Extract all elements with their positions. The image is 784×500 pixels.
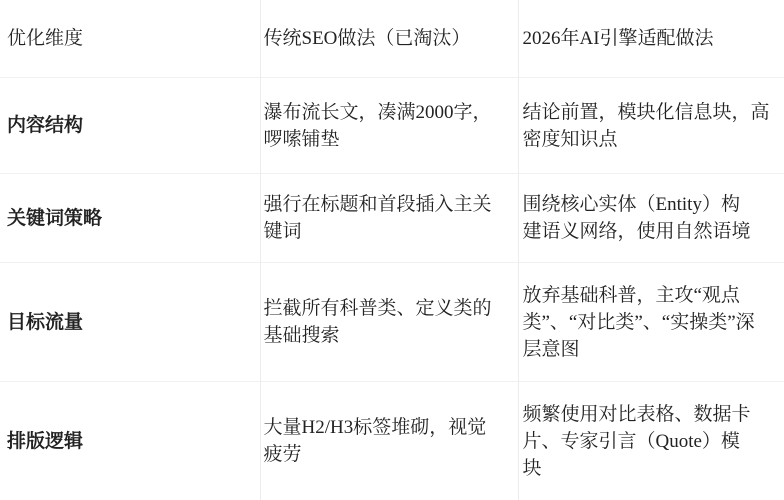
seo-comparison-table: 优化维度 传统SEO做法（已淘汰） 2026年AI引擎适配做法 内容结构 瀑布流… [0, 0, 784, 500]
header-cell-dimension: 优化维度 [0, 0, 260, 78]
header-cell-traditional-seo: 传统SEO做法（已淘汰） [260, 0, 518, 78]
cell-content-structure-traditional: 瀑布流长文，凑满2000字， 啰嗦铺垫 [260, 78, 518, 174]
table-row-keyword-strategy: 关键词策略 强行在标题和首段插入主关 键词 围绕核心实体（Entity）构 建语… [0, 174, 784, 263]
row-label-layout-logic: 排版逻辑 [0, 382, 260, 500]
comparison-table-page: 优化维度 传统SEO做法（已淘汰） 2026年AI引擎适配做法 内容结构 瀑布流… [0, 0, 784, 500]
header-cell-ai-2026: 2026年AI引擎适配做法 [518, 0, 784, 78]
row-label-target-traffic: 目标流量 [0, 263, 260, 382]
cell-layout-logic-traditional: 大量H2/H3标签堆砌，视觉 疲劳 [260, 382, 518, 500]
cell-target-traffic-traditional: 拦截所有科普类、定义类的 基础搜索 [260, 263, 518, 382]
cell-keyword-strategy-ai: 围绕核心实体（Entity）构 建语义网络，使用自然语境 [518, 174, 784, 263]
table-row-layout-logic: 排版逻辑 大量H2/H3标签堆砌，视觉 疲劳 频繁使用对比表格、数据卡 片、专家… [0, 382, 784, 500]
table-row-target-traffic: 目标流量 拦截所有科普类、定义类的 基础搜索 放弃基础科普，主攻“观点 类”、“… [0, 263, 784, 382]
row-label-keyword-strategy: 关键词策略 [0, 174, 260, 263]
cell-content-structure-ai: 结论前置，模块化信息块，高 密度知识点 [518, 78, 784, 174]
table-header-row: 优化维度 传统SEO做法（已淘汰） 2026年AI引擎适配做法 [0, 0, 784, 78]
table-row-content-structure: 内容结构 瀑布流长文，凑满2000字， 啰嗦铺垫 结论前置，模块化信息块，高 密… [0, 78, 784, 174]
cell-layout-logic-ai: 频繁使用对比表格、数据卡 片、专家引言（Quote）模 块 [518, 382, 784, 500]
cell-target-traffic-ai: 放弃基础科普，主攻“观点 类”、“对比类”、“实操类”深 层意图 [518, 263, 784, 382]
row-label-content-structure: 内容结构 [0, 78, 260, 174]
cell-keyword-strategy-traditional: 强行在标题和首段插入主关 键词 [260, 174, 518, 263]
